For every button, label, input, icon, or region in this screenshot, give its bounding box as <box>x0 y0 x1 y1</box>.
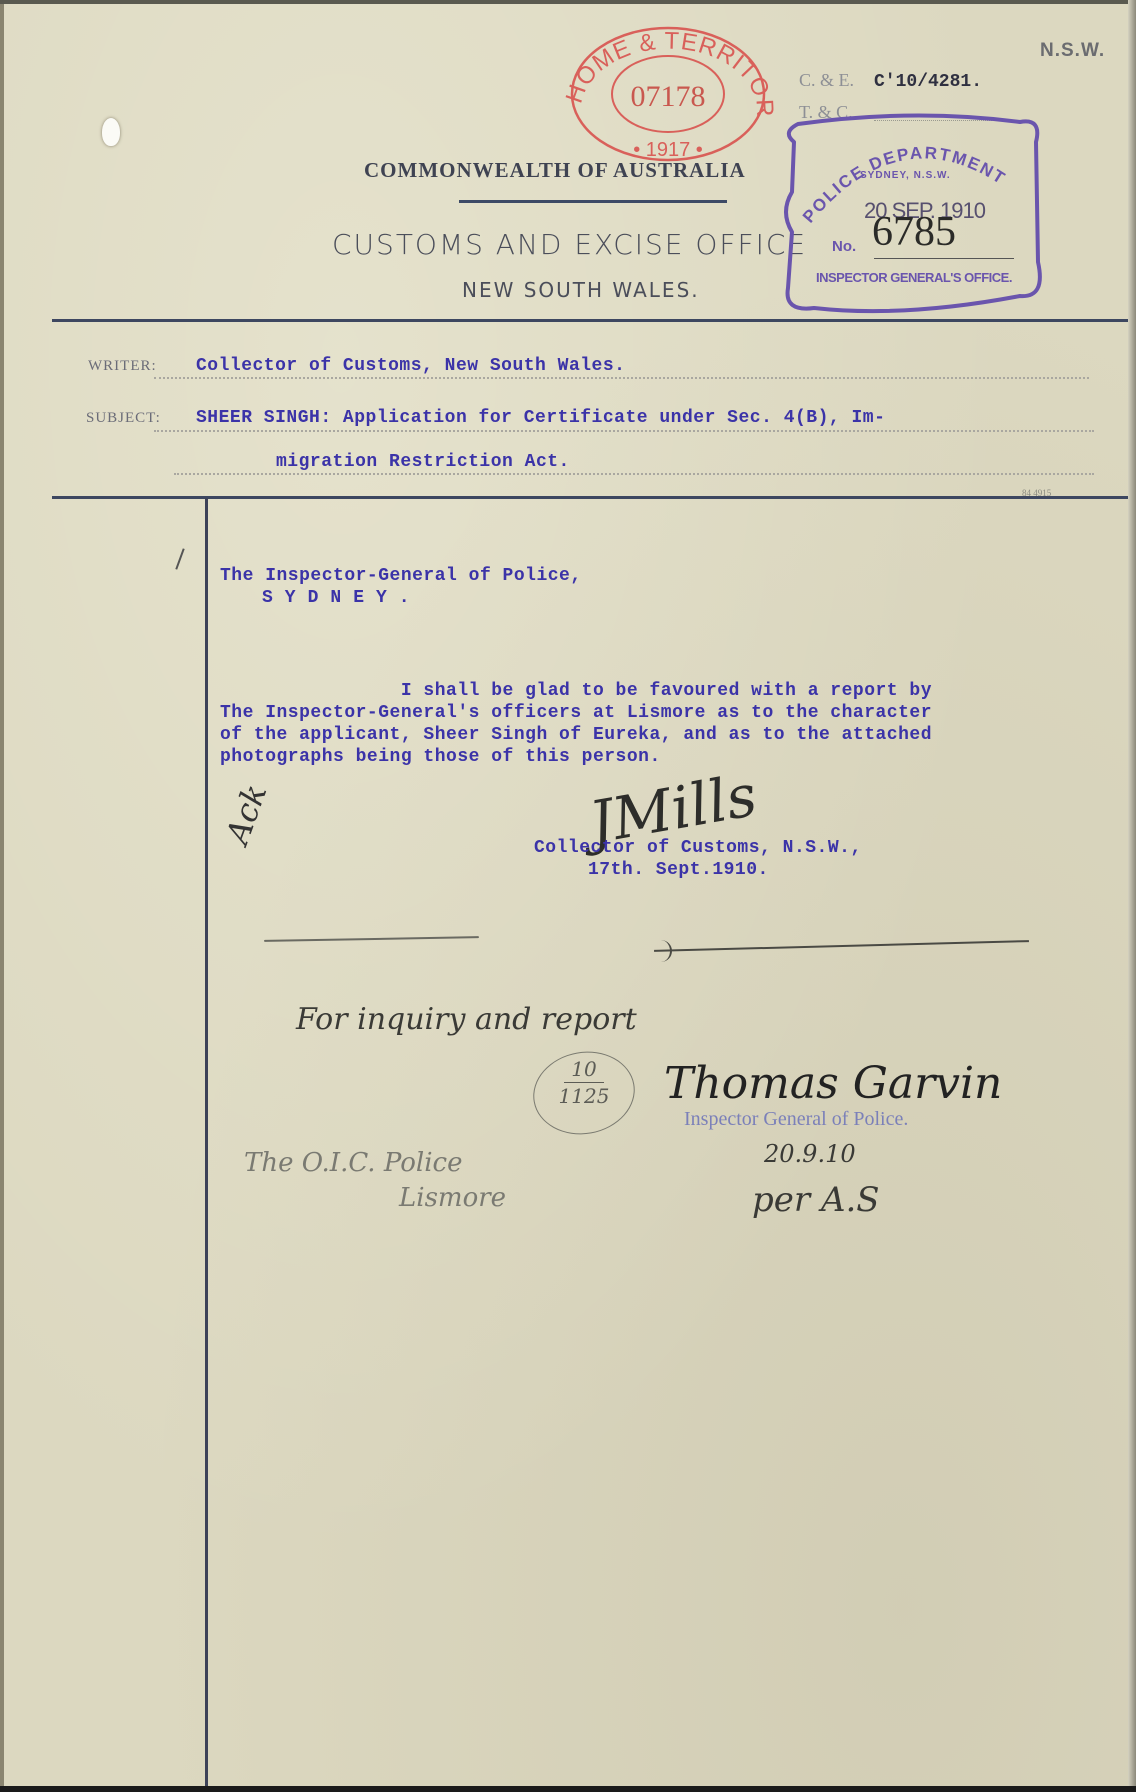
subject-value-line2: migration Restriction Act. <box>276 452 570 472</box>
reference-numerator: 10 <box>571 1057 596 1081</box>
reference-number: 10 1125 <box>549 1058 619 1107</box>
state-mark: N.S.W. <box>1040 40 1105 62</box>
stamp-location: SYDNEY, N.S.W. <box>860 170 951 181</box>
inspector-signature: Thomas Garvin <box>664 1058 1002 1109</box>
margin-rule <box>205 498 208 1786</box>
writer-dotted-line <box>154 377 1089 379</box>
ce-label: C. & E. <box>799 70 854 91</box>
inspector-title-stamp: Inspector General of Police. <box>684 1108 908 1131</box>
signatory-title: Collector of Customs, N.S.W., <box>534 838 862 858</box>
minute-recipient-line1: The O.I.C. Police <box>244 1148 463 1178</box>
ce-reference: C'10/4281. <box>874 72 982 92</box>
reference-denominator: 1125 <box>559 1084 610 1108</box>
subject-rule <box>52 496 1130 499</box>
pen-separator-right <box>654 940 1029 952</box>
margin-tick-mark <box>175 548 184 569</box>
letterhead-office: CUSTOMS AND EXCISE OFFICE <box>332 228 807 261</box>
document-page: N.S.W. C. & E. C'10/4281. T. & C. HOME &… <box>0 0 1128 1786</box>
subject-value-line1: SHEER SINGH: Application for Certificate… <box>196 408 885 428</box>
fraction-line <box>564 1082 604 1083</box>
stamp-office: INSPECTOR GENERAL'S OFFICE. <box>816 270 1012 285</box>
stamp-number: 6785 <box>872 208 956 256</box>
page-top-edge <box>0 0 1136 4</box>
letterhead-rule <box>459 200 727 203</box>
stamp-no-label: No. <box>832 238 856 255</box>
header-rule <box>52 319 1130 322</box>
addressee-line2: SYDNEY. <box>262 588 422 608</box>
page-right-edge <box>1128 0 1136 1792</box>
initials-mark: Ack <box>218 779 274 849</box>
addressee-line1: The Inspector-General of Police, <box>220 566 582 586</box>
minute-date: 20.9.10 <box>764 1140 856 1168</box>
subject-dotted-line-2 <box>174 473 1094 475</box>
letter-date: 17th. Sept.1910. <box>588 860 769 880</box>
writer-label: WRITER: <box>88 358 157 375</box>
home-territories-stamp-icon: HOME & TERRITORIES 07178 • 1917 • <box>560 20 776 165</box>
minute-instruction: For inquiry and report <box>296 1002 637 1037</box>
minute-recipient-line2: Lismore <box>399 1183 506 1213</box>
writer-value: Collector of Customs, New South Wales. <box>196 356 625 376</box>
stamp-number-rule <box>874 258 1014 259</box>
punch-hole <box>102 118 120 146</box>
minute-per-initials: per A.S <box>752 1180 880 1220</box>
letter-body: I shall be glad to be favoured with a re… <box>220 680 1100 768</box>
subject-label: SUBJECT: <box>86 410 161 427</box>
letterhead-commonwealth: COMMONWEALTH OF AUSTRALIA <box>364 158 746 183</box>
pen-separator-left <box>264 936 479 942</box>
page-bottom-edge <box>0 1786 1136 1792</box>
svg-text:07178: 07178 <box>631 80 706 113</box>
subject-dotted-line <box>154 430 1094 432</box>
letterhead-state: NEW SOUTH WALES. <box>462 278 700 302</box>
